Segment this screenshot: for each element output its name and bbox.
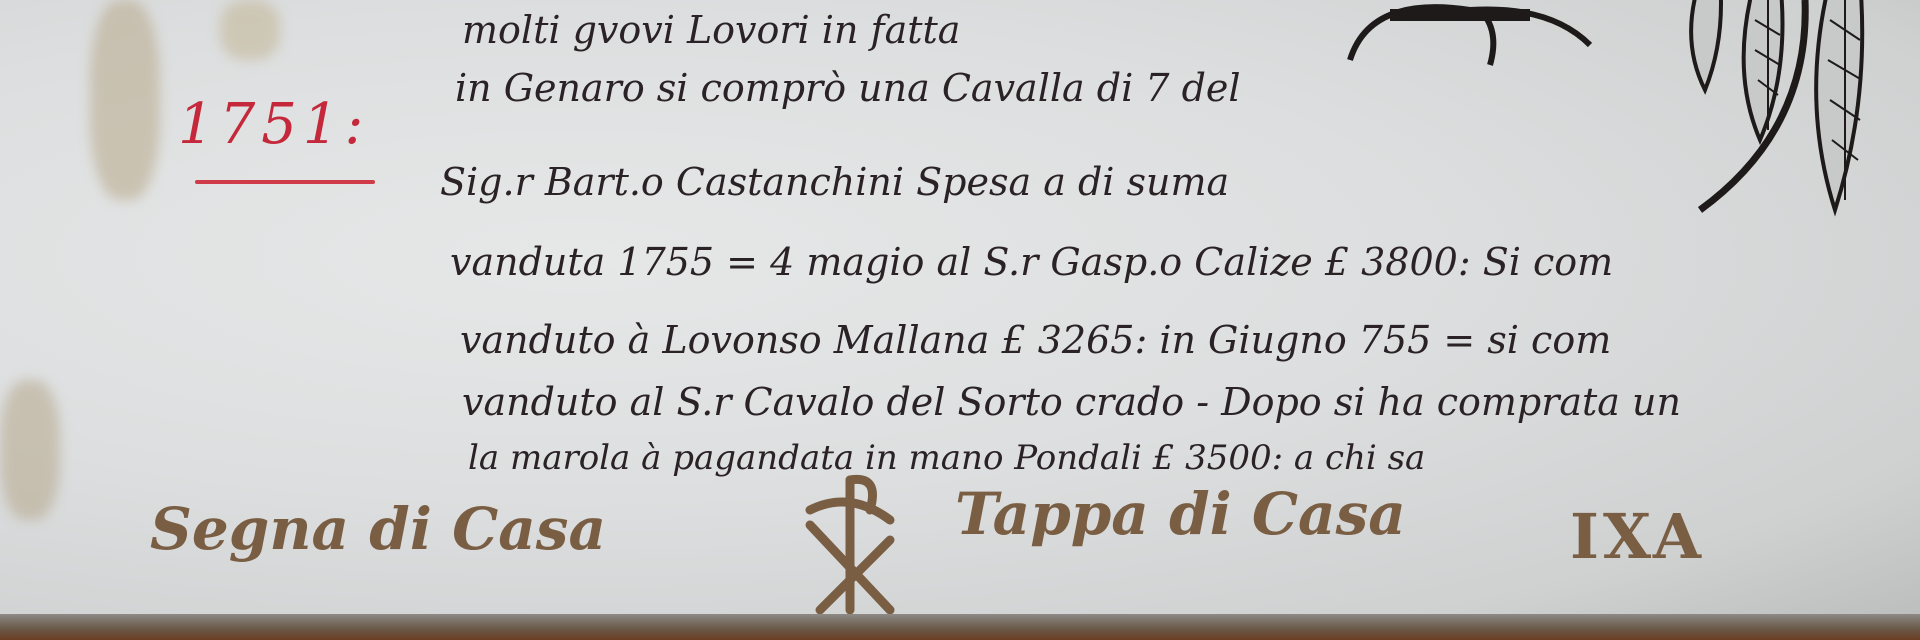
- inscription-segna-di-casa: Segna di Casa: [150, 495, 606, 563]
- year-underline: [195, 180, 375, 184]
- manuscript-line-3: Sig.r Bart.o Castanchini Spesa a di suma: [440, 160, 1229, 204]
- manuscript-line-2: in Genaro si comprò una Cavalla di 7 del: [455, 66, 1241, 110]
- manuscript-line-6: vanduto al S.r Cavalo del Sorto crado - …: [462, 380, 1681, 424]
- manuscript-line-1: molti gvovi Lovori in fatta: [462, 8, 960, 52]
- bird-head-drawing-icon: [1330, 0, 1610, 70]
- manuscript-line-5: vanduto à Lovonso Mallana £ 3265: in Giu…: [460, 318, 1611, 362]
- manuscript-line-4: vanduta 1755 = 4 magio al S.r Gasp.o Cal…: [450, 240, 1613, 284]
- manuscript-photo: 1751: molti gvovi Lovori in fatta in Gen…: [0, 0, 1920, 640]
- manuscript-line-7: la marola à pagandata in mano Pondali £ …: [468, 438, 1425, 478]
- inscription-numeral: IXA: [1570, 500, 1705, 573]
- margin-year: 1751:: [178, 92, 369, 157]
- inscription-tappa-di-casa: Tappa di Casa: [955, 480, 1406, 548]
- house-mark-cross-icon: [790, 470, 910, 620]
- paper-stain: [0, 380, 60, 520]
- page-bottom-edge: [0, 614, 1920, 640]
- paper-stain: [90, 0, 160, 200]
- feathers-drawing-icon: [1680, 0, 1920, 220]
- paper-stain: [220, 0, 280, 60]
